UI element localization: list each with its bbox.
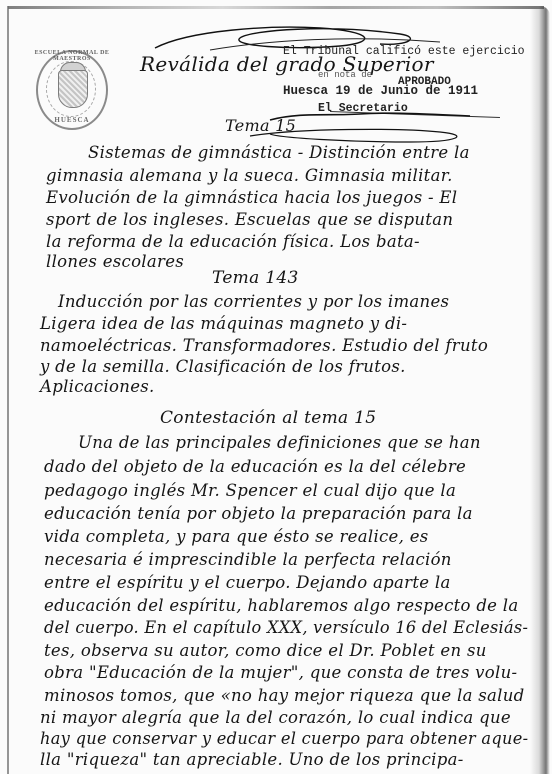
tema-143-line: namoeléctricas. Transformadores. Estudio…: [40, 336, 488, 355]
school-seal: ESCUELA NORMAL DE MAESTROS HUESCA: [36, 50, 108, 130]
answer-line: obra "Educación de la mujer", que consta…: [44, 663, 517, 682]
tema-143-line: Aplicaciones.: [40, 377, 155, 396]
answer-line: educación tenía por objeto la preparació…: [44, 504, 473, 523]
answer-line: necesaria é imprescindible la perfecta r…: [44, 550, 452, 569]
answer-line: tes, observa su autor, como dice el Dr. …: [44, 641, 487, 660]
page-top-edge: [8, 6, 544, 9]
secretary-signature-icon: [240, 108, 500, 148]
answer-line: Una de las principales definiciones que …: [78, 433, 481, 452]
tema-143-line: Ligera idea de las máquinas magneto y di…: [40, 314, 407, 333]
tema-15-line: llones escolares: [46, 252, 184, 271]
tema-15-line: la reforma de la educación física. Los b…: [46, 232, 420, 251]
answer-line: del cuerpo. En el capítulo XXX, versícul…: [44, 618, 528, 637]
answer-heading: Contestación al tema 15: [160, 408, 376, 428]
answer-line: hay que conservar y educar el cuerpo par…: [40, 729, 528, 748]
tema-15-line: gimnasia alemana y la sueca. Gimnasia mi…: [46, 166, 453, 185]
answer-line: dado del objeto de la educación es la de…: [44, 457, 466, 476]
answer-line: ni mayor alegría que la del corazón, lo …: [40, 708, 511, 727]
tema-143-line: Inducción por las corrientes y por los i…: [58, 292, 449, 311]
answer-line: pedagogo inglés Mr. Spencer el cual dijo…: [44, 481, 456, 500]
answer-line: lla "riqueza" tan apreciable. Uno de los…: [40, 750, 464, 769]
tema-15-line: Sistemas de gimnástica - Distinción entr…: [88, 143, 470, 162]
scan-background-strip: [552, 0, 556, 774]
page-left-margin-line: [7, 6, 9, 774]
answer-line: educación del espíritu, hablaremos algo …: [44, 596, 519, 615]
stamp-tribunal-line: El Tribunal calificó este ejercicio: [283, 45, 525, 58]
stamp-nota-line: en nota de: [318, 70, 372, 80]
tema-143-heading: Tema 143: [212, 268, 299, 288]
tema-15-line: sport de los ingleses. Escuelas que se d…: [46, 210, 453, 229]
answer-line: minosos tomos, que «no hay mejor riqueza…: [44, 686, 525, 705]
answer-line: entre el espíritu y el cuerpo. Dejando a…: [44, 573, 451, 592]
stamp-date-line: Huesca 19 de Junio de 1911: [283, 84, 478, 98]
answer-line: vida completa, y para que ésto se realic…: [44, 527, 429, 546]
tema-15-line: Evolución de la gimnástica hacia los jue…: [46, 188, 457, 207]
scanned-document-page: ESCUELA NORMAL DE MAESTROS HUESCA Reváli…: [0, 0, 556, 774]
tema-143-line: y de la semilla. Clasificación de los fr…: [40, 357, 406, 376]
page-right-edge-shadow: [530, 6, 550, 774]
seal-bottom-text: HUESCA: [38, 116, 106, 124]
coat-of-arms-icon: [58, 70, 88, 108]
